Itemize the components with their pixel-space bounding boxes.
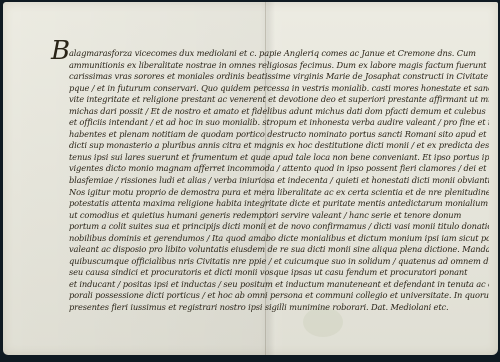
text-line: valeant ac disposio pro libito voluntati… [69,244,489,256]
text-line: et inducant / positas ipsi et inductas /… [69,279,489,291]
text-line: presentes fieri iussimus et registrari n… [69,302,489,314]
text-line: porali possessione dicti porticus / et h… [69,290,489,302]
text-line: vigentes dicto monio magnam afferret inc… [69,163,489,175]
text-line: pque / et in futurum conservari. Quo qui… [69,83,489,95]
text-line: Nos igitur motu proprio de demostra pura… [69,187,489,199]
text-line: quibuscumque officialibus nris Civitatis… [69,256,489,268]
parchment-sheet: B alagmarasforza vicecomes dux mediolani… [3,2,498,355]
text-line: dicti sup monasterio a pluribus annis ci… [69,140,489,152]
text-line: nobilibus dominis et gerendumos / Ita qu… [69,233,489,245]
text-line: ut comodius et quietius humani generis r… [69,210,489,222]
text-line: portum a colit suites sua et principijs … [69,221,489,233]
text-line: carissimas vras sorores et moniales ordi… [69,71,489,83]
text-line: ammunitionis ex liberalitate nostrae in … [69,60,489,72]
manuscript-text: alagmarasforza vicecomes dux mediolani e… [69,48,489,314]
text-line: potestatis attenta maxima religione habi… [69,198,489,210]
text-line: blasfemiae / rissiones ludi et alias / v… [69,175,489,187]
decorated-initial: B [51,38,70,64]
text-line: vite integritate et religione prestant a… [69,94,489,106]
text-line: seu causa sindici et procuratoris et dic… [69,267,489,279]
text-line: michas dari possit / Et de nostro et ama… [69,106,489,118]
text-line: et officiis intendant / et ad hoc in suo… [69,117,489,129]
text-line: tenus ipsi sui lares suerunt et frumentu… [69,152,489,164]
text-line: alagmarasforza vicecomes dux mediolani e… [69,48,489,60]
text-line: habentes et plenam notitiam de quodam po… [69,129,489,141]
